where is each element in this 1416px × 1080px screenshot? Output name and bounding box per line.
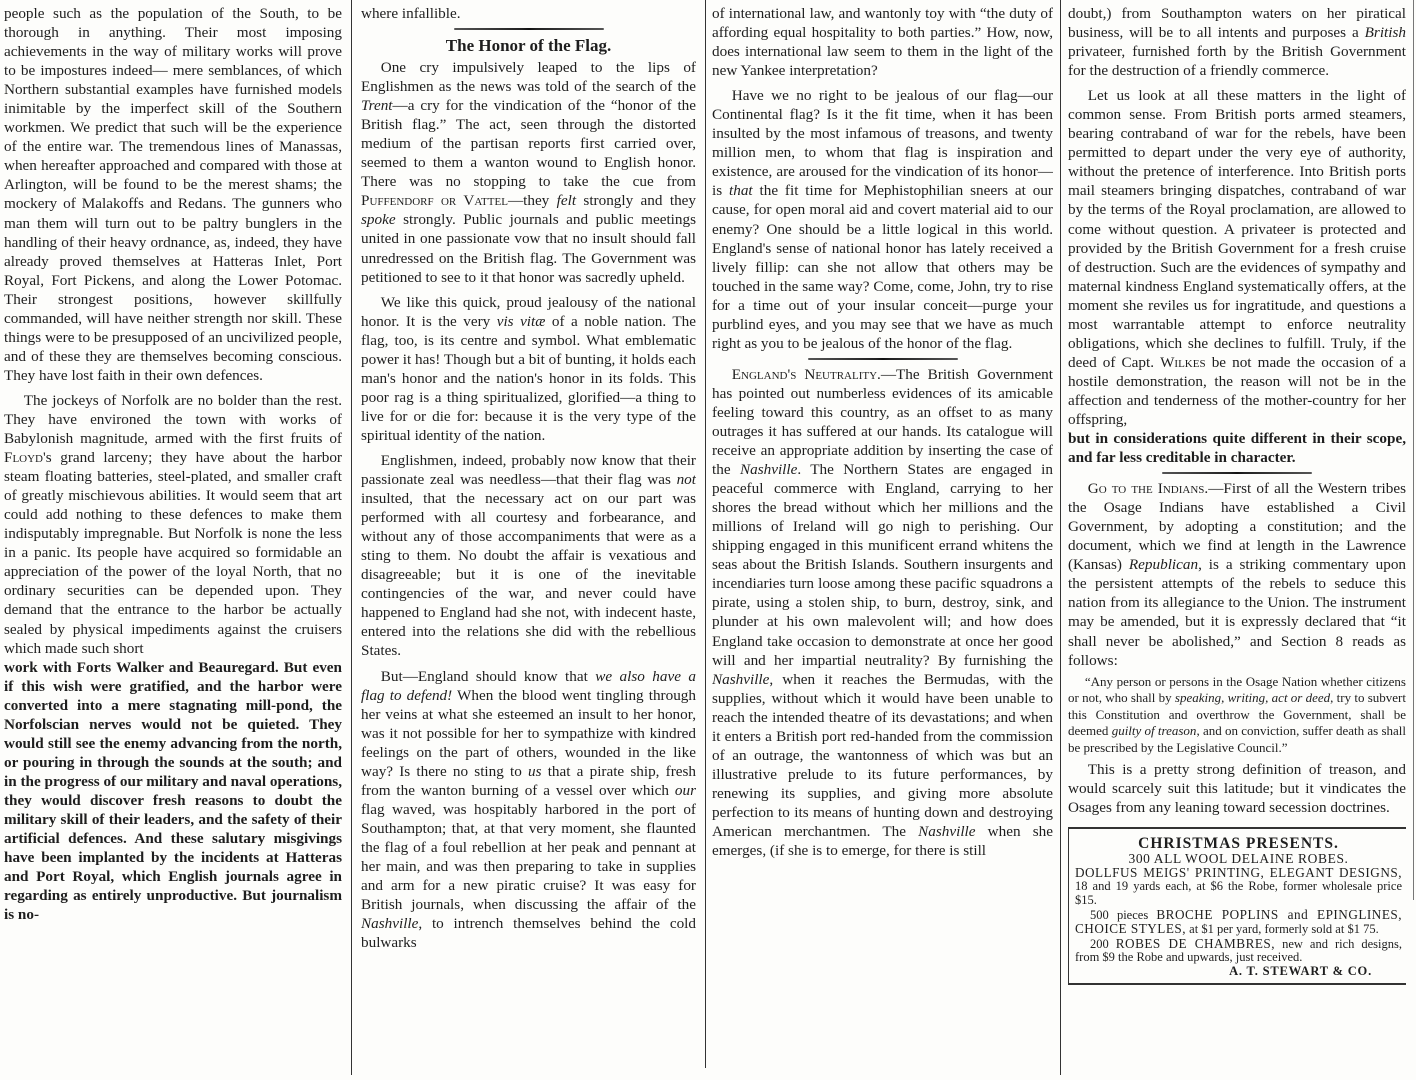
paragraph: This is a pretty strong definition of tr…	[1068, 760, 1406, 817]
paragraph: Englishmen, indeed, probably now know th…	[361, 451, 696, 661]
text-run: strongly and they	[576, 192, 696, 209]
emphasis: British	[1365, 24, 1406, 41]
column-2: where infallible. The Honor of the Flag.…	[361, 0, 696, 1080]
column-1: people such as the population of the Sou…	[4, 0, 342, 1080]
text-run: of a noble nation. The flag, too, is its…	[361, 313, 696, 444]
emphasis: vis vitæ	[497, 313, 546, 330]
text-run: privateer, furnished forth by the Britis…	[1068, 43, 1406, 79]
text-run: Let us look at all these matters in the …	[1068, 87, 1406, 371]
ad-text: at $1 per yard, formerly sold at $1 75.	[1186, 922, 1379, 936]
ad-text: 18 and 19 yards each, at $6 the Robe, fo…	[1075, 879, 1402, 907]
paragraph: people such as the population of the Sou…	[4, 4, 342, 385]
emphasis: us	[528, 763, 542, 780]
paragraph: where infallible.	[361, 4, 696, 23]
paragraph-continuation: work with Forts Walker and Beauregard. B…	[4, 658, 342, 925]
text-run: insulted, that the necessary act on our …	[361, 490, 696, 659]
article-title: The Honor of the Flag.	[361, 35, 696, 56]
emphasis: guilty of treason	[1112, 723, 1197, 738]
paragraph-continuation: but in considerations quite different in…	[1068, 429, 1406, 467]
ship-name: Nashville	[361, 915, 418, 932]
section-divider	[808, 358, 958, 360]
paragraph: We like this quick, proud jealousy of th…	[361, 293, 696, 445]
paragraph: Have we no right to be jealous of our fl…	[712, 86, 1053, 353]
paragraph: One cry impulsively leaped to the lips o…	[361, 58, 696, 287]
emphasis: speaking, writing, act or deed	[1175, 690, 1330, 705]
paragraph: of international law, and wantonly toy w…	[712, 4, 1053, 80]
ad-text: 200	[1090, 937, 1116, 951]
name-floyd: Floyd	[4, 449, 43, 466]
ad-caps: ROBES DE CHAMBRES,	[1116, 936, 1275, 951]
block-quote: “Any person or persons in the Osage Nati…	[1068, 674, 1406, 757]
ship-name: Trent	[361, 97, 393, 114]
text-run: . The Northern States are engaged in pea…	[712, 461, 1053, 668]
emphasis: felt	[557, 192, 576, 209]
text-run: flag waved, was hospitably harbored in t…	[361, 801, 696, 913]
advertisement-box: CHRISTMAS PRESENTS. 300 ALL WOOL DELAINE…	[1068, 827, 1406, 984]
column-rule	[351, 0, 352, 1075]
emphasis: our	[675, 782, 696, 799]
text-run: 's grand larceny; they have about the ha…	[4, 449, 342, 656]
section-divider	[454, 28, 604, 30]
ad-signature: A. T. STEWART & CO.	[1075, 965, 1402, 979]
column-3: of international law, and wantonly toy w…	[712, 0, 1053, 1080]
column-rule	[1060, 0, 1061, 1075]
column-rule	[1413, 0, 1414, 900]
text-run: the fit time for Mephistophilian sneers …	[712, 182, 1053, 351]
emphasis: not	[677, 471, 696, 488]
text-run: The jockeys of Norfolk are no bolder tha…	[4, 392, 342, 447]
ad-line: DOLLFUS MEIGS' PRINTING, ELEGANT DESIGNS…	[1075, 866, 1402, 908]
emphasis: that	[729, 182, 753, 199]
text-run: Englishmen, indeed, probably now know th…	[361, 452, 696, 488]
name-wilkes: Wilkes	[1160, 354, 1206, 371]
ad-line: 500 pieces BROCHE POPLINS and EPINGLINES…	[1075, 908, 1402, 937]
text-run: strongly. Public journals and public mee…	[361, 211, 696, 285]
emphasis: spoke	[361, 211, 396, 228]
ship-name: Nashville	[918, 823, 975, 840]
column-rule	[705, 0, 706, 1068]
ad-title: CHRISTMAS PRESENTS.	[1075, 835, 1402, 852]
paragraph: doubt,) from Southampton waters on her p…	[1068, 4, 1406, 80]
section-heading: England's Neutrality.	[732, 366, 881, 383]
ad-text: 500 pieces	[1090, 908, 1156, 922]
ad-line: 300 ALL WOOL DELAINE ROBES.	[1075, 852, 1402, 866]
ship-name: Nashville	[740, 461, 797, 478]
text-run: One cry impulsively leaped to the lips o…	[361, 59, 696, 95]
ad-line: 200 ROBES DE CHAMBRES, new and rich desi…	[1075, 937, 1402, 965]
ship-name: Nashville	[712, 671, 769, 688]
paragraph: But—England should know that we also hav…	[361, 667, 696, 953]
text-run: , when it reaches the Bermudas, with the…	[712, 671, 1053, 840]
text-run: But—England should know that	[381, 668, 596, 685]
newspaper-page: people such as the population of the Sou…	[0, 0, 1416, 1080]
text-run: doubt,) from Southampton waters on her p…	[1068, 5, 1406, 41]
text-run: —they	[508, 192, 557, 209]
ad-caps: DOLLFUS MEIGS' PRINTING, ELEGANT DESIGNS…	[1075, 865, 1402, 880]
text-run: —a cry for the vindication of the “honor…	[361, 97, 696, 190]
column-4: doubt,) from Southampton waters on her p…	[1068, 0, 1406, 1080]
paragraph: England's Neutrality.—The British Govern…	[712, 365, 1053, 860]
paragraph: Let us look at all these matters in the …	[1068, 86, 1406, 429]
section-divider	[1162, 472, 1312, 474]
section-heading: Go to the Indians.	[1088, 480, 1208, 497]
newspaper-name: Republican	[1129, 556, 1198, 573]
paragraph: The jockeys of Norfolk are no bolder tha…	[4, 391, 342, 658]
paragraph: Go to the Indians.—First of all the West…	[1068, 479, 1406, 669]
authors-names: Puffendorf or Vattel	[361, 192, 508, 209]
